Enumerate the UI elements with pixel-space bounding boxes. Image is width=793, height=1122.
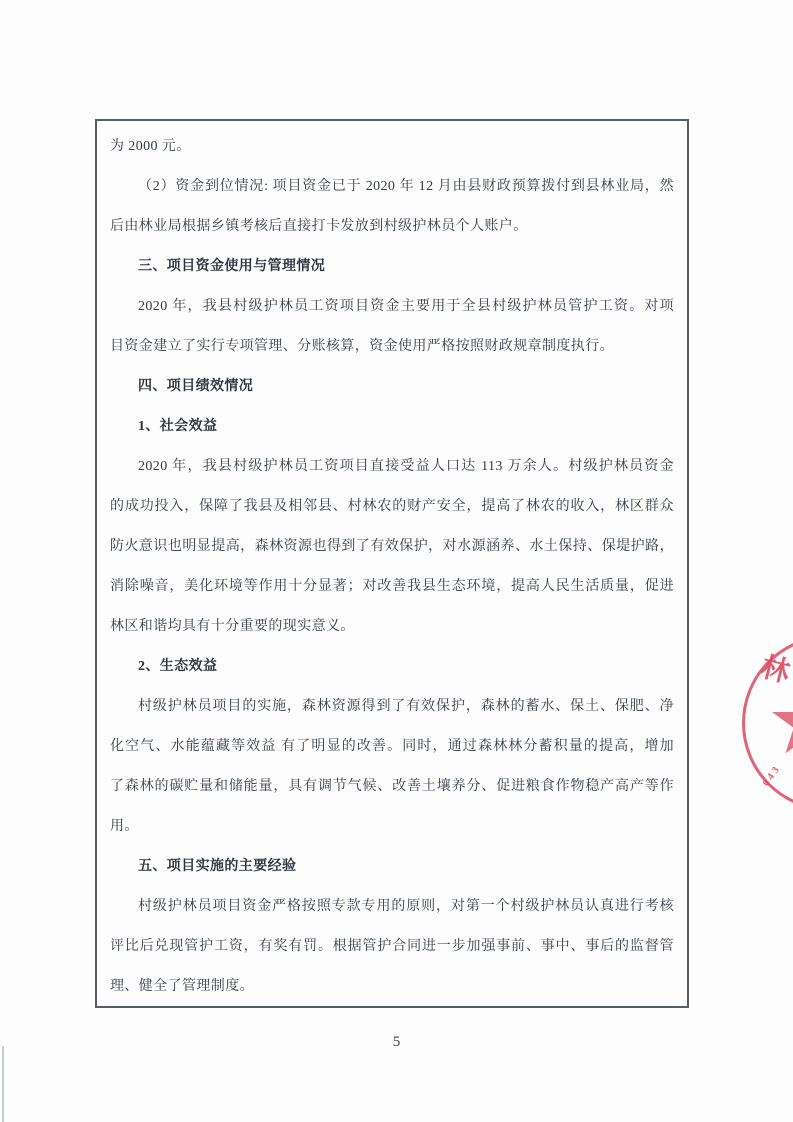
page-number: 5 <box>0 1034 793 1051</box>
text-line: 为 2000 元。 <box>110 127 674 167</box>
text-line: 的成功投入，保障了我县及相邻县、村林农的财产安全，提高了林农的收入，林区群众 <box>110 487 674 527</box>
section-heading: 三、项目资金使用与管理情况 <box>110 247 674 287</box>
scan-edge-artifact <box>2 1046 4 1122</box>
text-line: 林区和谐均具有十分重要的现实意义。 <box>110 607 674 647</box>
text-line: 村级护林员项目的实施，森林资源得到了有效保护，森林的蓄水、保土、保肥、净 <box>110 687 674 727</box>
text-line: 2020 年，我县村级护林员工资项目资金主要用于全县村级护林员管护工资。对项 <box>110 287 674 327</box>
section-heading: 四、项目绩效情况 <box>110 367 674 407</box>
seal-star-icon: ★ <box>766 676 793 768</box>
text-line: 村级护林员项目资金严格按照专款专用的原则，对第一个村级护林员认真进行考核 <box>110 887 674 927</box>
text-line: 2020 年，我县村级护林员工资项目直接受益人口达 113 万余人。村级护林员资… <box>110 447 674 487</box>
text-line: 理、健全了管理制度。 <box>110 967 674 1007</box>
subsection-heading: 2、生态效益 <box>110 647 674 687</box>
text-line: 目资金建立了实行专项管理、分账核算，资金使用严格按照财政规章制度执行。 <box>110 327 674 367</box>
text-line: 化空气、水能蕴藏等效益 有了明显的改善。同时，通过森林林分蓄积量的提高，增加 <box>110 727 674 767</box>
text-line: 了森林的碳贮量和储能量，具有调节气候、改善土壤养分、促进粮食作物稳产高产等作 <box>110 767 674 807</box>
text-line: （2）资金到位情况: 项目资金已于 2020 年 12 月由县财政预算拨付到县林… <box>110 167 674 207</box>
text-line: 后由林业局根据乡镇考核后直接打卡发放到村级护林员个人账户。 <box>110 207 674 247</box>
text-line: 消除噪音，美化环境等作用十分显著；对改善我县生态环境，提高人民生活质量，促进 <box>110 567 674 607</box>
document-border-box: 为 2000 元。 （2）资金到位情况: 项目资金已于 2020 年 12 月由… <box>95 119 689 1008</box>
section-heading: 五、项目实施的主要经验 <box>110 847 674 887</box>
text-line: 用。 <box>110 807 674 847</box>
text-line: 防火意识也明显提高，森林资源也得到了有效保护，对水源涵养、水土保持、保堤护路， <box>110 527 674 567</box>
text-line: 评比后兑现管护工资，有奖有罚。根据管护合同进一步加强事前、事中、事后的监督管 <box>110 927 674 967</box>
subsection-heading: 1、社会效益 <box>110 407 674 447</box>
